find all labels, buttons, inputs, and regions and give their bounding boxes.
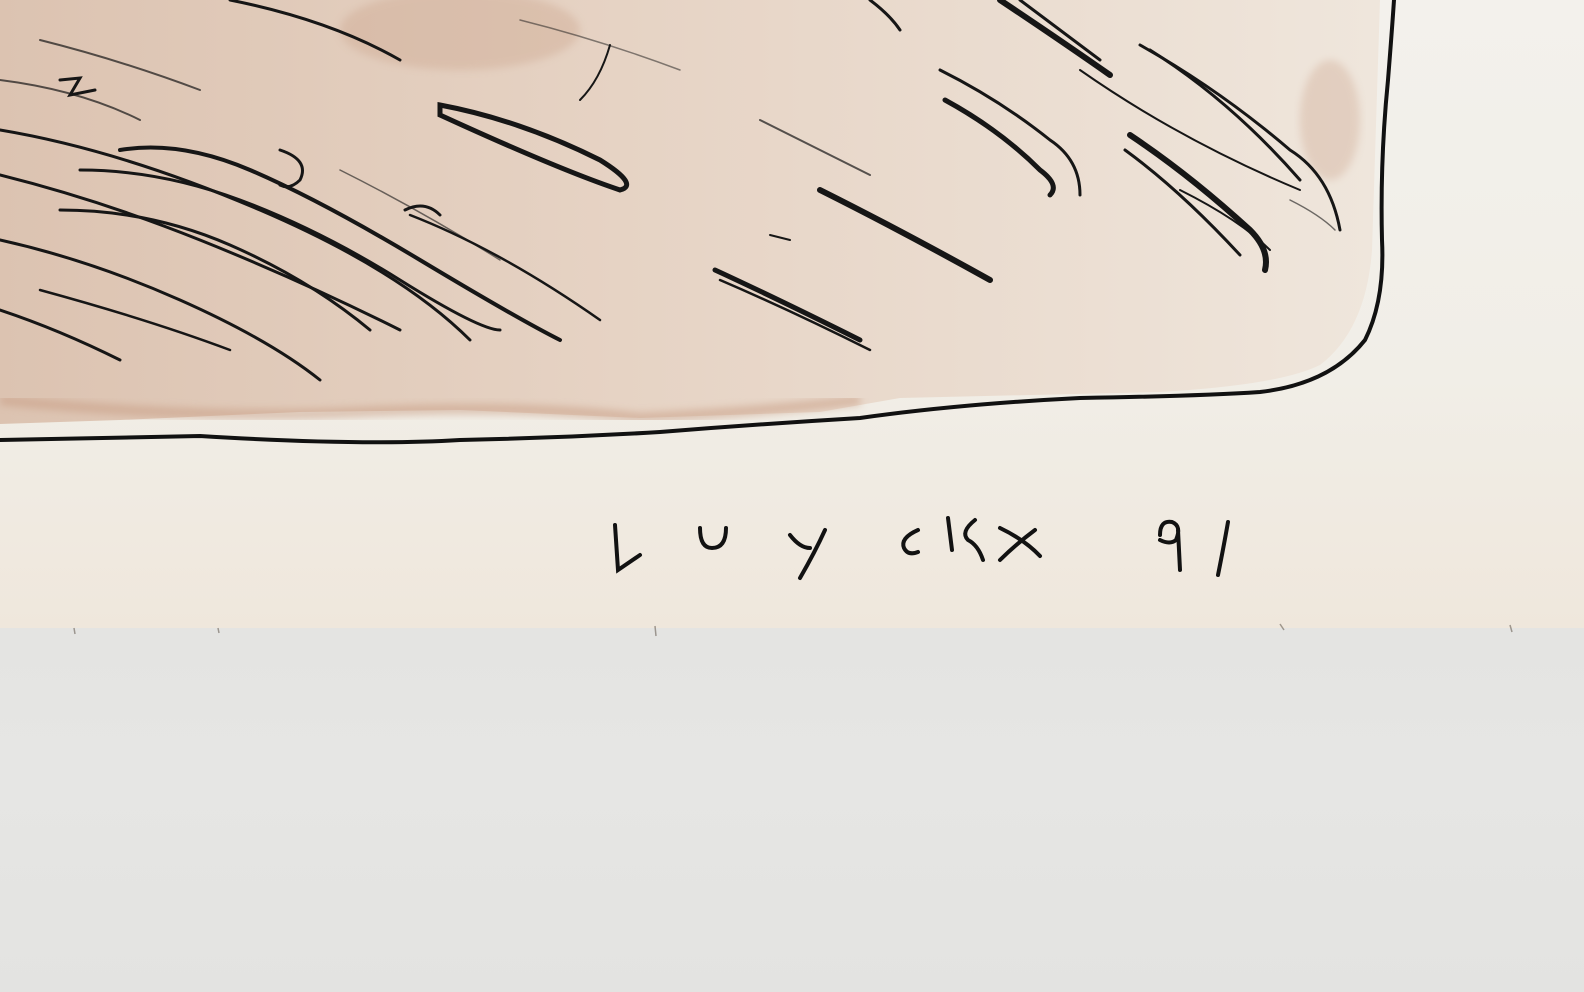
paper-edge	[74, 624, 1512, 636]
artwork-photo: Luyckx 91	[0, 0, 1584, 992]
ink-wash-drawing	[0, 0, 1584, 992]
